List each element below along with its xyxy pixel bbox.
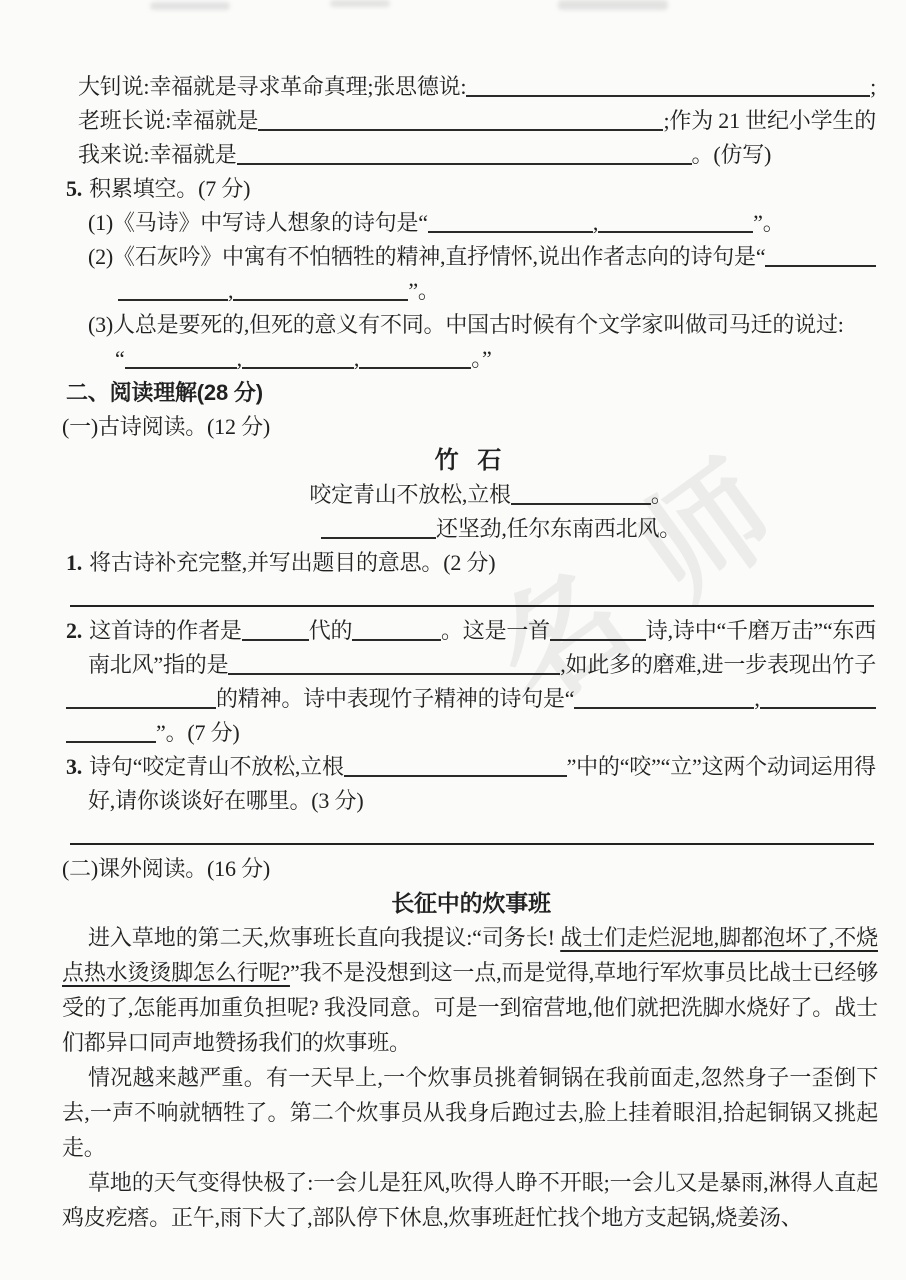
q5-item1-end: ”。 (753, 210, 784, 235)
q2-text-e: 南北风”指的是 (88, 648, 228, 682)
reading-passage: 进入草地的第二天,炊事班长直向我提议:“司务长! 战士们走烂泥地,脚都泡坏了,不… (62, 920, 878, 1235)
q4-line2: 老班长说:幸福就是 ;作为 21 世纪小学生的 (78, 104, 876, 138)
answer-blank (550, 639, 646, 641)
q2-line1: 2. 这首诗的作者是 代的 。这是一首 诗,诗中“千磨万击”“东西 (66, 614, 876, 648)
q5-item2-text: (2)《石灰吟》中寓有不怕牺牲的精神,直抒情怀,说出作者志向的诗句是“ (88, 240, 765, 274)
answer-blank (125, 367, 237, 369)
answer-line (70, 818, 874, 852)
q1-text: 将古诗补充完整,并写出题目的意思。(2 分) (89, 550, 495, 575)
q2-text-f: ,如此多的磨难,进一步表现出竹子 (560, 648, 876, 682)
q2-line2: 南北风”指的是 ,如此多的磨难,进一步表现出竹子 (88, 648, 876, 682)
poem-line1: 咬定青山不放松,立根。 (66, 478, 876, 512)
q5-title: 积累填空。(7 分) (89, 176, 250, 201)
answer-blank (466, 95, 870, 97)
passage-paragraph-3: 草地的天气变得快极了:一会儿是狂风,吹得人睁不开眼;一会儿又是暴雨,淋得人直起鸡… (62, 1165, 878, 1235)
answer-blank (118, 299, 228, 301)
q3-text-a: 诗句“咬定青山不放松,立根 (89, 750, 344, 784)
q5-item1-text: (1)《马诗》中写诗人想象的诗句是“ (88, 210, 428, 235)
q2-text-b: 代的 (309, 614, 353, 648)
answer-blank (66, 707, 216, 709)
q4-line1: 大钊说:幸福就是寻求革命真理;张思德说: ; (78, 70, 876, 104)
q5-item1: (1)《马诗》中写诗人想象的诗句是“,”。 (88, 206, 876, 240)
answer-blank (233, 299, 408, 301)
q5-item2-line1: (2)《石灰吟》中寓有不怕牺牲的精神,直抒情怀,说出作者志向的诗句是“ (88, 240, 876, 274)
q5-item3-end: 。” (471, 346, 491, 371)
answer-blank (765, 265, 876, 267)
q3-text-b: ”中的“咬”“立”这两个动词运用得 (567, 750, 876, 784)
answer-line (70, 580, 874, 614)
q4-line1-text: 大钊说:幸福就是寻求革命真理;张思德说: (78, 70, 466, 104)
section2-heading: 二、阅读理解(28 分) (66, 376, 876, 410)
page-content: 大钊说:幸福就是寻求革命真理;张思德说: ; 老班长说:幸福就是 ;作为 21 … (0, 0, 906, 1280)
answer-blank (237, 163, 692, 165)
answer-blank (228, 673, 560, 675)
q5-number: 5. (66, 176, 82, 201)
q2-number: 2. (66, 614, 82, 648)
q2-text-g: 的精神。诗中表现竹子精神的诗句是“ (216, 682, 574, 716)
answer-blank (428, 231, 593, 233)
part1-heading: (一)古诗阅读。(12 分) (62, 410, 876, 444)
poem-line1-text: 咬定青山不放松,立根 (309, 482, 511, 507)
exam-paper-page: 名师 大钊说:幸福就是寻求革命真理;张思德说: ; 老班长说:幸福就是 ;作为 … (0, 0, 906, 1280)
q3-line2: 好,请你谈谈好在哪里。(3 分) (88, 784, 876, 818)
part2-heading: (二)课外阅读。(16 分) (62, 852, 876, 886)
passage-paragraph-2: 情况越来越严重。有一天早上,一个炊事员挑着铜锅在我前面走,忽然身子一歪倒下去,一… (62, 1060, 878, 1165)
comma: , (754, 682, 759, 716)
answer-blank (242, 367, 354, 369)
answer-blank (258, 129, 663, 131)
passage-title: 长征中的炊事班 (66, 886, 876, 920)
answer-blank (760, 707, 876, 709)
q4-line3-end: 。(仿写) (692, 142, 772, 167)
open-quote: “ (115, 346, 125, 371)
poem-line1-end: 。 (651, 482, 673, 507)
answer-blank (511, 503, 651, 505)
answer-blank (352, 639, 441, 641)
q4-line3-text: 我来说:幸福就是 (78, 142, 237, 167)
answer-blank (344, 775, 567, 777)
q5-item2-line2: ,”。 (118, 274, 876, 308)
q4-line3: 我来说:幸福就是。(仿写) (78, 138, 876, 172)
q5-item3-line2: “,,。” (115, 342, 876, 376)
q4-line2-text: 老班长说:幸福就是 (78, 104, 258, 138)
q4-line2-end: ;作为 21 世纪小学生的 (663, 104, 876, 138)
q1-number: 1. (66, 550, 82, 575)
answer-blank (598, 231, 753, 233)
q3-number: 3. (66, 750, 82, 784)
paragraph-text: 进入草地的第二天,炊事班长直向我提议:“司务长! (88, 925, 560, 950)
q2-text-i: ”。(7 分) (156, 720, 240, 745)
answer-blank (321, 537, 436, 539)
poem-line2: 还坚劲,任尔东南西北风。 (66, 512, 876, 546)
q2-text-a: 这首诗的作者是 (89, 614, 242, 648)
q5-heading: 5.积累填空。(7 分) (66, 172, 876, 206)
answer-blank (242, 639, 309, 641)
answer-blank (574, 707, 754, 709)
poem-title: 竹 石 (66, 444, 876, 478)
passage-paragraph-1: 进入草地的第二天,炊事班长直向我提议:“司务长! 战士们走烂泥地,脚都泡坏了,不… (62, 920, 878, 1060)
q2-line4: ”。(7 分) (66, 716, 876, 750)
q3-line1: 3. 诗句“咬定青山不放松,立根 ”中的“咬”“立”这两个动词运用得 (66, 750, 876, 784)
q1: 1.将古诗补充完整,并写出题目的意思。(2 分) (66, 546, 876, 580)
q2-line3: 的精神。诗中表现竹子精神的诗句是“ , (66, 682, 876, 716)
answer-blank (66, 741, 156, 743)
answer-blank (359, 367, 471, 369)
poem-line2-text: 还坚劲,任尔东南西北风。 (436, 516, 681, 541)
q2-text-c: 。这是一首 (441, 614, 550, 648)
q5-item3-line1: (3)人总是要死的,但死的意义有不同。中国古时候有个文学家叫做司马迁的说过: (88, 308, 876, 342)
q5-item3-text: (3)人总是要死的,但死的意义有不同。中国古时候有个文学家叫做司马迁的说过: (88, 312, 844, 337)
q2-text-d: 诗,诗中“千磨万击”“东西 (646, 614, 876, 648)
q5-item2-end: ”。 (408, 278, 439, 303)
q4-line1-end: ; (870, 70, 876, 104)
